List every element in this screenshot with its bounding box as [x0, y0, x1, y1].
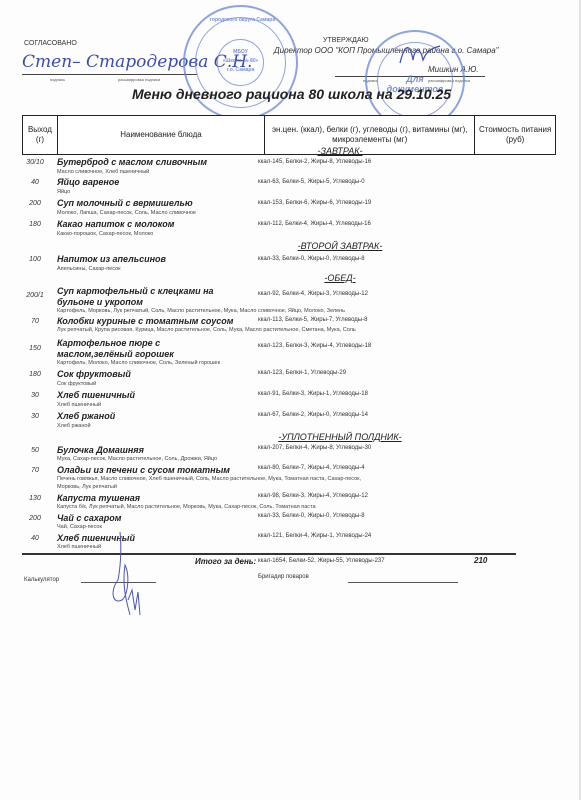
item-yield: 70 — [20, 318, 50, 325]
item-nutrition: ккал-92, Белки-4, Жиры-3, Углеводы-12 — [258, 291, 368, 297]
item-ingredients: Мука, Сахар-песок, Масло растительное, С… — [57, 456, 217, 462]
item-yield: 30 — [20, 392, 50, 399]
item-name: Оладьи из печени с сусом томатным — [57, 465, 277, 476]
section-title-afternoon-snack: -УПЛОТНЕННЫЙ ПОЛДНИК- — [230, 432, 450, 442]
item-nutrition: ккал-207, Белки-4, Жиры-8, Углеводы-30 — [258, 445, 371, 451]
item-yield: 200/1 — [20, 292, 50, 299]
item-ingredients: Капуста б/к, Лук репчатый, Масло растите… — [57, 504, 316, 510]
school-stamp-line-3: г.о. Самара — [217, 67, 264, 73]
item-nutrition: ккал-98, Белки-3, Жиры-4, Углеводы-12 — [258, 493, 368, 499]
item-name: Чай с сахаром — [57, 513, 257, 524]
item-nutrition: ккал-91, Белки-3, Жиры-1, Углеводы-18 — [258, 391, 368, 397]
item-yield: 150 — [20, 345, 50, 352]
item-yield: 70 — [20, 467, 50, 474]
item-nutrition: ккал-67, Белки-2, Жиры-0, Углеводы-14 — [258, 412, 368, 418]
item-yield: 180 — [20, 221, 50, 228]
item-ingredients: Сок фруктовый — [57, 381, 96, 387]
item-yield: 130 — [20, 495, 50, 502]
school-stamp: городского округа Самара МБОУ «Школа № 8… — [183, 5, 298, 120]
item-name: Колобки куриные с томатным соусом — [57, 316, 257, 327]
header-cost: Стоимость питания (руб) — [475, 116, 555, 154]
item-nutrition: ккал-63, Белки-5, Жиры-5, Углеводы-0 — [258, 179, 365, 185]
item-ingredients: Яйцо — [57, 189, 70, 195]
item-ingredients-continued: Морковь, Лук репчатый — [57, 484, 117, 490]
calculator-signature-icon — [100, 530, 150, 620]
item-name: Яйцо вареное — [57, 177, 257, 188]
item-name: Хлеб пшеничный — [57, 533, 257, 544]
item-ingredients: Чай, Сахар-песок — [57, 524, 102, 530]
total-cost: 210 — [474, 556, 487, 565]
approval-left: СОГЛАСОВАНО — [24, 40, 77, 47]
approval-right-label: УТВЕРЖДАЮ — [323, 37, 369, 44]
item-name: Напиток из апельсинов — [57, 254, 257, 265]
chef-signature-line — [348, 582, 458, 583]
item-name: Капуста тушеная — [57, 493, 257, 504]
item-ingredients: Печень говяжья, Масло сливочное, Хлеб пш… — [57, 476, 361, 482]
item-ingredients: Молоко, Лапша, Сахар-песок, Соль, Масло … — [57, 210, 196, 216]
item-name: Хлеб ржаной — [57, 411, 257, 422]
item-name: Суп картофельный с клецками на бульоне и… — [57, 286, 252, 308]
item-nutrition: ккал-123, Белки-3, Жиры-4, Углеводы-18 — [258, 343, 371, 349]
school-stamp-line-1: МБОУ — [217, 49, 264, 55]
approval-left-label: СОГЛАСОВАНО — [24, 40, 77, 47]
totals-divider — [22, 553, 516, 555]
item-ingredients: Хлеб пшеничный — [57, 544, 101, 550]
item-nutrition: ккал-123, Белки-1, Углеводы-29 — [258, 370, 346, 376]
calculator-label: Калькулятор — [24, 577, 59, 583]
item-ingredients: Картофель, Молоко, Масло сливочное, Соль… — [57, 360, 220, 366]
item-nutrition: ккал-121, Белки-4, Жиры-1, Углеводы-24 — [258, 533, 371, 539]
section-title-second-breakfast: -ВТОРОЙ ЗАВТРАК- — [230, 241, 450, 251]
total-label: Итого за день: — [195, 557, 256, 566]
item-yield: 40 — [20, 535, 50, 542]
header-yield: Выход (г) — [23, 116, 58, 154]
item-ingredients: Хлеб пшеничный — [57, 402, 101, 408]
item-nutrition: ккал-112, Белки-4, Жиры-4, Углеводы-16 — [258, 221, 371, 227]
item-yield: 30 — [20, 413, 50, 420]
item-yield: 180 — [20, 371, 50, 378]
item-nutrition: ккал-145, Белки-2, Жиры-8, Углеводы-16 — [258, 159, 371, 165]
school-stamp-outer-text: городского округа Самара — [205, 17, 280, 23]
item-nutrition: ккал-33, Белки-0, Жиры-0, Углеводы-8 — [258, 513, 365, 519]
item-ingredients: Какао-порошок, Сахар-песок, Молоко — [57, 231, 153, 237]
item-ingredients: Хлеб ржаной — [57, 423, 91, 429]
item-ingredients: Картофель, Морковь, Лук репчатый, Соль, … — [57, 308, 345, 314]
approval-left-signature-line — [22, 74, 197, 75]
item-ingredients: Апельсины, Сахар-песок — [57, 266, 121, 272]
item-name: Бутерброд с маслом сливочным — [57, 157, 257, 168]
item-ingredients: Лук репчатый, Крупа рисовая, Курица, Мас… — [57, 327, 356, 333]
item-yield: 40 — [20, 179, 50, 186]
item-nutrition: ккал-80, Белки-7, Жиры-4, Углеводы-4 — [258, 465, 365, 471]
caption-signature-left: подпись — [50, 77, 65, 82]
item-nutrition: ккал-113, Белки-5, Жиры-7, Углеводы-8 — [258, 317, 367, 323]
school-stamp-line-2: «Школа № 80» — [217, 58, 264, 64]
item-yield: 30/10 — [20, 159, 50, 166]
item-name: Хлеб пшеничный — [57, 390, 257, 401]
chef-label: Бригадир поваров — [258, 574, 309, 580]
item-yield: 200 — [20, 515, 50, 522]
item-name: Картофельное пюре с маслом,зелёный горош… — [57, 338, 227, 360]
director-signature-icon — [395, 38, 445, 68]
section-title-breakfast: -ЗАВТРАК- — [230, 146, 450, 156]
item-yield: 100 — [20, 256, 50, 263]
item-name: Какао напиток с молоком — [57, 219, 257, 230]
menu-document: СОГЛАСОВАНО Степ– Стародерова С.Н. подпи… — [0, 0, 581, 800]
item-name: Булочка Домашняя — [57, 445, 257, 456]
section-title-lunch: -ОБЕД- — [230, 273, 450, 283]
item-nutrition: ккал-33, Белки-0, Жиры-0, Углеводы-8 — [258, 256, 365, 262]
item-name: Сок фруктовый — [57, 369, 257, 380]
item-yield: 50 — [20, 447, 50, 454]
item-name: Суп молочный с вермишелью — [57, 198, 257, 209]
page-title: Меню дневного рациона 80 школа на 29.10.… — [132, 86, 451, 102]
item-nutrition: ккал-153, Белки-6, Жиры-6, Углеводы-19 — [258, 200, 371, 206]
item-yield: 200 — [20, 200, 50, 207]
total-nutrition: ккал-1654, Белки-52, Жиры-55, Углеводы-2… — [258, 558, 385, 564]
item-ingredients: Масло сливочное, Хлеб пшеничный — [57, 169, 149, 175]
caption-decode-left: расшифровка подписи — [118, 77, 160, 82]
